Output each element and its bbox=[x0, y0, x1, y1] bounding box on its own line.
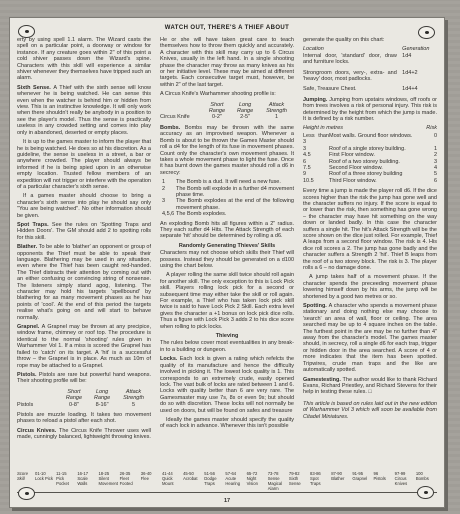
shooting-profile-cell: 5 bbox=[116, 402, 151, 408]
result-number: 3 bbox=[162, 198, 176, 211]
paragraph: Blather. To be able to 'blather' an oppo… bbox=[17, 244, 151, 321]
result-number: 2 bbox=[162, 186, 176, 199]
skill-value: Circus Knives bbox=[395, 477, 414, 487]
result-text: The Bomb explodes at the end of the foll… bbox=[176, 198, 294, 211]
paragraph: If a games master should choose to bring… bbox=[17, 193, 151, 219]
shooting-profile-table: ShortLongAttackRangeRangeStrengthPistols… bbox=[17, 389, 151, 408]
paragraph: Circus Knives. The Circus Knife Thrower … bbox=[17, 428, 151, 441]
paragraph: Gamestesting. The author would like to t… bbox=[303, 377, 437, 396]
run-in-heading: Blather. bbox=[17, 244, 39, 250]
lock-table-row: Strongroom doors, very-, extra- and 'hea… bbox=[303, 70, 437, 83]
risk-table-header: Height in metresRisk bbox=[303, 125, 437, 131]
lock-quality-table: LocationGenerationInternal door, 'standa… bbox=[303, 46, 437, 92]
skill-value: Sixth Sense bbox=[289, 477, 308, 487]
skill-value: Fleet Footed bbox=[120, 477, 139, 487]
chart-entry: 91-95Grapnel bbox=[352, 472, 373, 482]
skill-value: Spot Traps bbox=[310, 477, 329, 487]
skill-value: Blather bbox=[331, 477, 350, 482]
paragraph: A player rolling the same skill twice sh… bbox=[160, 272, 294, 330]
bomb-result-list: 1The Bomb is a dud. It will need a new f… bbox=[162, 179, 294, 217]
shooting-profile-cell: Circus Knife bbox=[160, 114, 203, 120]
paragraph: A jump takes half of a movement phase. I… bbox=[303, 274, 437, 300]
paragraph: He or she will have taken great care to … bbox=[160, 37, 294, 88]
paragraph: Jumping. Jumping from upstairs windows, … bbox=[303, 97, 437, 123]
generation-cell: 1d4 bbox=[402, 53, 437, 66]
shooting-profile-cell: 1 bbox=[259, 114, 294, 120]
paragraph: Bombs. Bombs may be thrown with the same… bbox=[160, 125, 294, 176]
skill-value: Dodge Traps bbox=[204, 477, 223, 487]
footer-rule bbox=[17, 492, 437, 493]
column-middle: He or she will have taken great care to … bbox=[160, 37, 294, 469]
run-in-heading: Pistols. bbox=[17, 372, 39, 378]
run-in-heading: Grapnel. bbox=[17, 324, 42, 330]
paragraph: Spotting. A character who spends a movem… bbox=[303, 303, 437, 373]
chart-entry: 87-90Blather bbox=[331, 472, 352, 482]
chart-entry: 41-44Quick Mount bbox=[162, 472, 183, 487]
height-cell: Less than 3 bbox=[303, 133, 329, 146]
run-in-heading: Bombs. bbox=[160, 125, 185, 131]
grommet-icon bbox=[418, 26, 435, 39]
location-cell: Safe, Treasure Chest. bbox=[303, 86, 397, 92]
description-cell: Third Floor window. bbox=[329, 178, 425, 184]
run-in-heading: Spotting. bbox=[303, 303, 329, 309]
paragraph: Characters may not choose which skills t… bbox=[160, 250, 294, 269]
section-heading: Thieving bbox=[160, 333, 294, 339]
chart-entry: 57-64Acute Hearing bbox=[225, 472, 246, 487]
risk-table-row: 10.5Third Floor window.6 bbox=[303, 178, 437, 184]
lock-table-row: Internal door, 'standard' door, draw and… bbox=[303, 53, 437, 66]
skill-value: Bombs bbox=[416, 477, 435, 482]
result-number: 4,5,6 bbox=[162, 211, 176, 217]
skill-value: Sense Magical Alarm bbox=[268, 477, 287, 490]
description-cell: Most walls. Ground floor windows. bbox=[329, 133, 425, 146]
paragraph: The rules below cover most eventualities… bbox=[160, 340, 294, 353]
paragraph: Pistols are muzzle loading. It takes two… bbox=[17, 412, 151, 425]
page-number: 17 bbox=[10, 498, 444, 504]
shooting-profile-cell: Pistols bbox=[17, 402, 60, 408]
chart-label-cell: ScoreSkill bbox=[17, 472, 35, 482]
chart-entry: 16-17Scale Walls bbox=[77, 472, 98, 487]
section-heading: Randomly Generating Thieves' Skills bbox=[160, 243, 294, 249]
grommet-icon bbox=[18, 487, 35, 500]
result-text: The Bomb explodes. bbox=[176, 211, 294, 217]
skill-value: Acute Hearing bbox=[225, 477, 244, 487]
run-in-heading: Spot Traps. bbox=[17, 222, 52, 228]
height-cell: 10.5 bbox=[303, 178, 329, 184]
skill-value: Grapnel bbox=[352, 477, 371, 482]
chart-entry: 01-10Lock Pick bbox=[35, 472, 56, 482]
result-text: The Bomb will explode in a further d4 mo… bbox=[176, 186, 294, 199]
shooting-profile-cell: 0-2" bbox=[203, 114, 231, 120]
shooting-profile-cell: 2-5" bbox=[231, 114, 259, 120]
paragraph: Ideally the games master should specify … bbox=[160, 417, 294, 430]
run-in-heading: Jumping. bbox=[303, 97, 329, 103]
chart-entry: 45-50Acrobat bbox=[183, 472, 204, 482]
chart-entry: 36-40Flee bbox=[141, 472, 162, 482]
skill-value: Pick Pocket bbox=[56, 477, 75, 487]
article-columns: erty by using spell 1.1 alarm. The Wizar… bbox=[10, 35, 444, 469]
chart-entry: 51-56Dodge Traps bbox=[204, 472, 225, 487]
paragraph: An exploding Bomb hits all figures withi… bbox=[160, 221, 294, 240]
skill-value: Flee bbox=[141, 477, 160, 482]
paragraph: Locks. Each lock is given a rating which… bbox=[160, 356, 294, 414]
paragraph: Grapnel. A Grapnel may be thrown at any … bbox=[17, 324, 151, 369]
chart-entry: 83-86Spot Traps bbox=[310, 472, 331, 487]
skill-value: Acrobat bbox=[183, 477, 202, 482]
run-in-heading: Sixth Sense. bbox=[17, 85, 53, 91]
chart-entry: 79-82Sixth Sense bbox=[289, 472, 310, 487]
chart-entry: 26-35Fleet Footed bbox=[120, 472, 141, 487]
chart-entry: 73-78Sense Magical Alarm bbox=[268, 472, 289, 490]
shooting-profile-cell: 8-16" bbox=[88, 402, 116, 408]
column-left: erty by using spell 1.1 alarm. The Wizar… bbox=[17, 37, 151, 469]
skills-chart: ScoreSkill01-10Lock Pick11-15Pick Pocket… bbox=[10, 472, 444, 490]
skill-value: Silent Movement bbox=[98, 477, 117, 487]
skill-value: Pistols bbox=[374, 477, 393, 482]
skill-value: Night Vision bbox=[247, 477, 266, 487]
risk-header: Risk bbox=[426, 125, 437, 131]
paragraph: A Circus Knife's Warhammer shooting prof… bbox=[160, 91, 294, 97]
scanned-page-background: WATCH OUT, THERE'S A THIEF ABOUT erty by… bbox=[0, 0, 460, 514]
shooting-profile-cell: 0-8" bbox=[60, 402, 88, 408]
chart-entry: 97-99Circus Knives bbox=[395, 472, 416, 487]
risk-cell: 0 bbox=[425, 133, 437, 146]
grommet-icon bbox=[417, 486, 434, 499]
paragraph: Pistols. Pistols are rare but powerful h… bbox=[17, 372, 151, 385]
skill-row-label: Skill bbox=[17, 477, 33, 482]
chart-entry: 11-15Pick Pocket bbox=[56, 472, 77, 487]
paragraph: Spot Traps. See the rules on 'Spotting T… bbox=[17, 222, 151, 241]
chart-entry: 96Pistols bbox=[374, 472, 395, 482]
generation-cell: 1d4+4 bbox=[402, 86, 437, 92]
chart-entry: 100Bombs bbox=[416, 472, 437, 482]
run-in-heading: Locks. bbox=[160, 356, 180, 362]
chart-entry: 65-72Night Vision bbox=[247, 472, 268, 487]
paragraph: Every time a jump is made the player rol… bbox=[303, 188, 437, 271]
paragraph: erty by using spell 1.1 alarm. The Wizar… bbox=[17, 37, 151, 82]
magazine-page: WATCH OUT, THERE'S A THIEF ABOUT erty by… bbox=[9, 17, 445, 508]
run-in-heading: Circus Knives. bbox=[17, 428, 59, 434]
skill-value: Quick Mount bbox=[162, 477, 181, 487]
paragraph: It is up to the games master to inform t… bbox=[17, 139, 151, 190]
skill-value: Scale Walls bbox=[77, 477, 96, 487]
generation-cell: 1d4+2 bbox=[402, 70, 437, 83]
risk-table-row: Less than 3Most walls. Ground floor wind… bbox=[303, 133, 437, 146]
page-title: WATCH OUT, THERE'S A THIEF ABOUT bbox=[10, 25, 444, 31]
shooting-profile-table: ShortLongAttackRangeRangeStrengthCircus … bbox=[160, 102, 294, 121]
grommet-icon bbox=[18, 25, 35, 38]
article-note: This article is based on rules laid out … bbox=[303, 401, 437, 420]
skill-value: Lock Pick bbox=[35, 477, 54, 482]
column-right: generate the quality on this chart:Locat… bbox=[303, 37, 437, 469]
jump-risk-table: Height in metresRiskLess than 3Most wall… bbox=[303, 125, 437, 184]
risk-cell: 6 bbox=[425, 178, 437, 184]
chart-entry: 18-25Silent Movement bbox=[98, 472, 119, 487]
paragraph: generate the quality on this chart: bbox=[303, 37, 437, 43]
location-cell: Internal door, 'standard' door, draw and… bbox=[303, 53, 397, 66]
height-header: Height in metres bbox=[303, 125, 383, 131]
run-in-heading: Gamestesting. bbox=[303, 377, 343, 383]
location-cell: Strongroom doors, very-, extra- and 'hea… bbox=[303, 70, 397, 83]
lock-table-row: Safe, Treasure Chest.1d4+4 bbox=[303, 86, 437, 92]
paragraph: Sixth Sense. A Thief with the sixth sens… bbox=[17, 85, 151, 136]
